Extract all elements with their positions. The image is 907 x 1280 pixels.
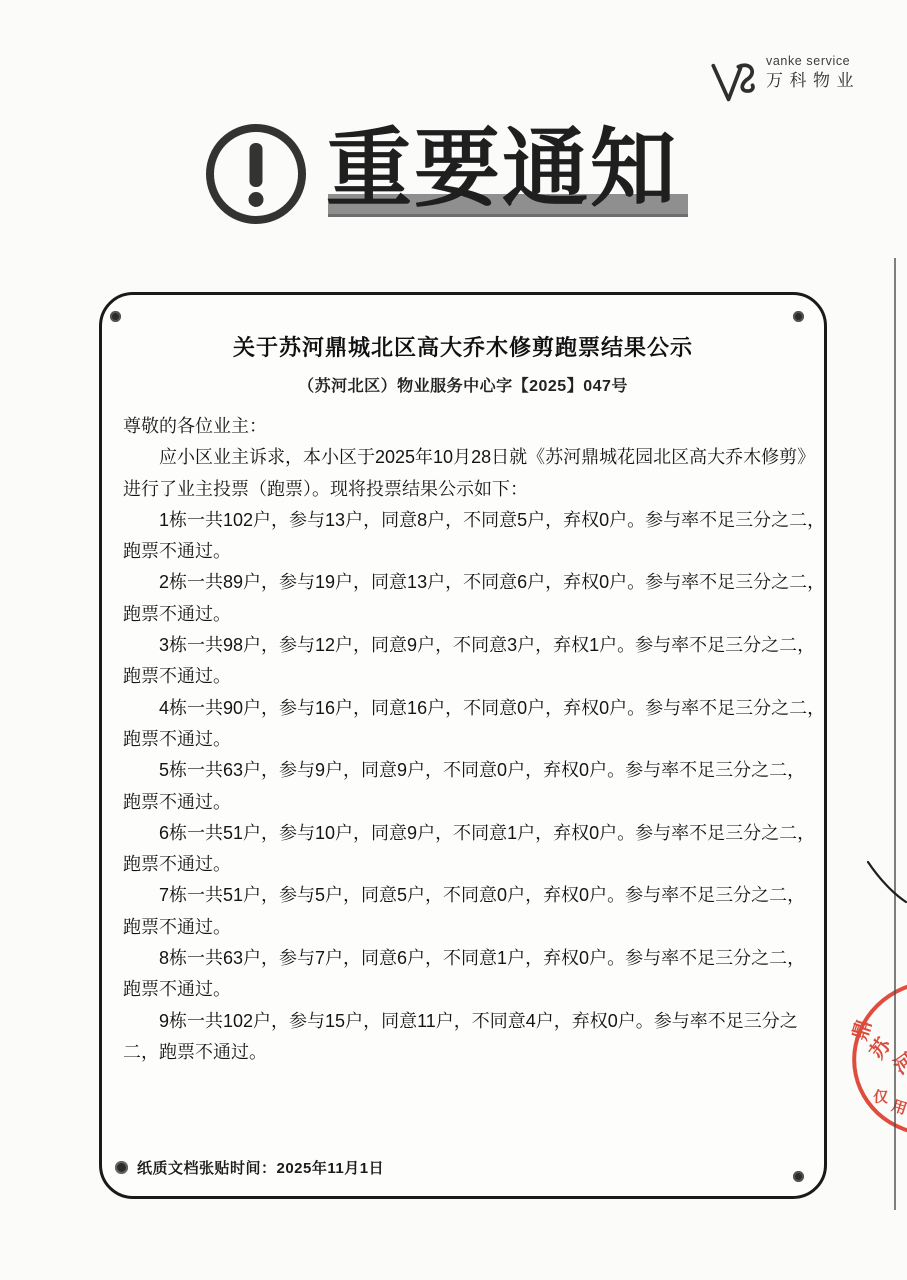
body-line: 跑票不通过。 bbox=[123, 724, 811, 755]
body-line: 8栋一共63户，参与7户，同意6户，不同意1户，弃权0户。参与率不足三分之二， bbox=[123, 943, 811, 974]
notice-card: 关于苏河鼎城北区高大乔木修剪跑票结果公示 （苏河北区）物业服务中心字【2025】… bbox=[99, 292, 827, 1199]
brand-name-en: vanke service bbox=[766, 54, 860, 68]
body-line: 2栋一共89户，参与19户，同意13户，不同意6户，弃权0户。参与率不足三分之二… bbox=[123, 567, 811, 598]
body-line: 跑票不通过。 bbox=[123, 974, 811, 1005]
scanned-notice-page: { "page": {"background": "#fbfbf9"}, "lo… bbox=[0, 0, 907, 1280]
body-line: 跑票不通过。 bbox=[123, 661, 811, 692]
bullet-dot-icon bbox=[115, 1161, 128, 1174]
body-line: 6栋一共51户，参与10户，同意9户，不同意1户，弃权0户。参与率不足三分之二， bbox=[123, 818, 811, 849]
body-line: 9栋一共102户，参与15户，同意11户，不同意4户，弃权0户。参与率不足三分之 bbox=[123, 1006, 811, 1037]
body-line: 跑票不通过。 bbox=[123, 599, 811, 630]
body-line: 尊敬的各位业主： bbox=[123, 411, 811, 442]
seal-char: 鼎 bbox=[850, 1018, 875, 1043]
body-line: 3栋一共98户，参与12户，同意9户，不同意3户，弃权1户。参与率不足三分之二， bbox=[123, 630, 811, 661]
pen-arc-mark bbox=[862, 852, 907, 910]
vs-monogram-icon bbox=[710, 60, 758, 104]
notice-doc-number: （苏河北区）物业服务中心字【2025】047号 bbox=[102, 373, 824, 396]
brand-name-cn: 万科物业 bbox=[766, 70, 860, 92]
corner-pin-dot bbox=[110, 311, 121, 322]
scan-edge-line bbox=[894, 258, 896, 1210]
exclamation-circle-icon bbox=[206, 124, 306, 224]
vanke-service-logo: vanke service 万科物业 bbox=[710, 54, 860, 104]
body-line: 7栋一共51户，参与5户，同意5户，不同意0户，弃权0户。参与率不足三分之二， bbox=[123, 880, 811, 911]
seal-char: 仅 bbox=[873, 1090, 889, 1106]
body-line: 1栋一共102户，参与13户，同意8户，不同意5户，弃权0户。参与率不足三分之二… bbox=[123, 505, 811, 536]
notice-footer: 纸质文档张贴时间：2025年11月1日 bbox=[115, 1157, 384, 1178]
body-line: 4栋一共90户，参与16户，同意16户，不同意0户，弃权0户。参与率不足三分之二… bbox=[123, 693, 811, 724]
corner-pin-dot bbox=[793, 311, 804, 322]
red-seal-stamp: 鼎 苏 河 仅 用 于 bbox=[838, 965, 907, 1152]
corner-pin-dot bbox=[793, 1171, 804, 1182]
notice-title: 关于苏河鼎城北区高大乔木修剪跑票结果公示 bbox=[102, 331, 824, 362]
seal-char: 用 bbox=[890, 1098, 907, 1117]
body-line: 二，跑票不通过。 bbox=[123, 1037, 811, 1068]
body-line: 跑票不通过。 bbox=[123, 536, 811, 567]
body-line: 跑票不通过。 bbox=[123, 912, 811, 943]
body-line: 应小区业主诉求，本小区于2025年10月28日就《苏河鼎城花园北区高大乔木修剪》 bbox=[123, 442, 811, 473]
notice-body: 尊敬的各位业主：应小区业主诉求，本小区于2025年10月28日就《苏河鼎城花园北… bbox=[123, 411, 811, 1068]
banner-title: 重要通知 bbox=[326, 126, 678, 212]
body-line: 跑票不通过。 bbox=[123, 849, 811, 880]
posting-time-label: 纸质文档张贴时间：2025年11月1日 bbox=[137, 1157, 384, 1178]
body-line: 5栋一共63户，参与9户，同意9户，不同意0户，弃权0户。参与率不足三分之二， bbox=[123, 755, 811, 786]
body-line: 跑票不通过。 bbox=[123, 787, 811, 818]
body-line: 进行了业主投票（跑票）。现将投票结果公示如下： bbox=[123, 474, 811, 505]
